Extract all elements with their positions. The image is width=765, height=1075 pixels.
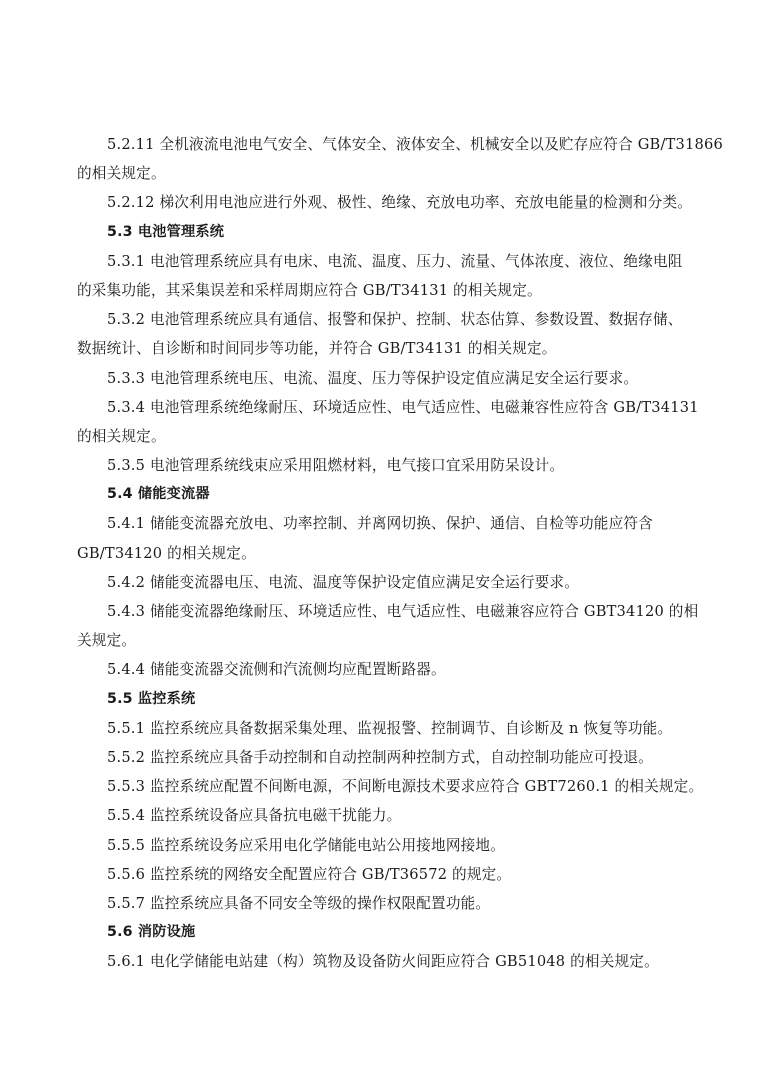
paragraph-continuation: 关规定。 xyxy=(77,626,702,655)
paragraph-5-5-6: 5.5.6 监控系统的网络安全配置应符合 GB/T36572 的规定。 xyxy=(77,860,702,889)
paragraph-5-4-4: 5.4.4 储能变流器交流侧和汽流侧均应配置断路器。 xyxy=(77,655,702,684)
paragraph-5-6-1: 5.6.1 电化学储能电站建（构）筑物及设备防火间距应符合 GB51048 的相… xyxy=(77,947,702,976)
section-heading-5-6: 5.6 消防设施 xyxy=(77,918,702,947)
paragraph-5-3-1: 5.3.1 电池管理系统应具有电床、电流、温度、压力、流量、气体浓度、液位、绝缘… xyxy=(77,247,702,276)
section-heading-5-3: 5.3 电池管理系统 xyxy=(77,218,702,247)
paragraph-continuation: 的相关规定。 xyxy=(77,159,702,188)
paragraph-5-5-1: 5.5.1 监控系统应具备数据采集处理、监视报警、控制调节、自诊断及 n 恢复等… xyxy=(77,714,702,743)
document-page: 5.2.11 全机液流电池电气安全、气体安全、液体安全、机械安全以及贮存应符合 … xyxy=(77,130,702,976)
paragraph-5-2-11: 5.2.11 全机液流电池电气安全、气体安全、液体安全、机械安全以及贮存应符合 … xyxy=(77,130,702,159)
paragraph-5-5-5: 5.5.5 监控系统设务应采用电化学储能电站公用接地网接地。 xyxy=(77,831,702,860)
paragraph-5-5-2: 5.5.2 监控系统应具备手动控制和自动控制两种控制方式，自动控制功能应可投退。 xyxy=(77,743,702,772)
paragraph-5-4-1: 5.4.1 储能变流器充放电、功率控制、并离网切换、保护、通信、自检等功能应符含 xyxy=(77,509,702,538)
paragraph-5-2-12: 5.2.12 梯次利用电池应进行外观、极性、绝缘、充放电功率、充放电能量的检测和… xyxy=(77,188,702,217)
paragraph-continuation: 的相关规定。 xyxy=(77,422,702,451)
paragraph-5-5-7: 5.5.7 监控系统应具备不同安全等级的操作权限配置功能。 xyxy=(77,889,702,918)
paragraph-5-3-2: 5.3.2 电池管理系统应具有通信、报警和保护、控制、状态估算、参数设置、数据存… xyxy=(77,305,702,334)
paragraph-continuation: GB/T34120 的相关规定。 xyxy=(77,539,702,568)
section-heading-5-4: 5.4 储能变流器 xyxy=(77,480,702,509)
paragraph-5-5-4: 5.5.4 监控系统设备应具备抗电磁干扰能力。 xyxy=(77,801,702,830)
paragraph-5-3-3: 5.3.3 电池管理系统电压、电流、温度、压力等保护设定值应满足安全运行要求。 xyxy=(77,364,702,393)
section-heading-5-5: 5.5 监控系统 xyxy=(77,685,702,714)
paragraph-5-3-5: 5.3.5 电池管理系统线束应采用阻燃材料，电气接口宜采用防呆设计。 xyxy=(77,451,702,480)
paragraph-continuation: 数据统计、自诊断和时间同步等功能，并符合 GB/T34131 的相关规定。 xyxy=(77,334,702,363)
paragraph-5-4-3: 5.4.3 储能变流器绝缘耐压、环境适应性、电气适应性、电磁兼容应符合 GBT3… xyxy=(77,597,702,626)
paragraph-5-3-4: 5.3.4 电池管理系统绝缘耐压、环境适应性、电气适应性、电磁兼容性应符含 GB… xyxy=(77,393,702,422)
paragraph-5-4-2: 5.4.2 储能变流器电压、电流、温度等保护设定值应满足安全运行要求。 xyxy=(77,568,702,597)
paragraph-continuation: 的采集功能，其采集误差和采样周期应符合 GB/T34131 的相关规定。 xyxy=(77,276,702,305)
paragraph-5-5-3: 5.5.3 监控系统应配置不间断电源，不间断电源技术要求应符合 GBT7260.… xyxy=(77,772,702,801)
